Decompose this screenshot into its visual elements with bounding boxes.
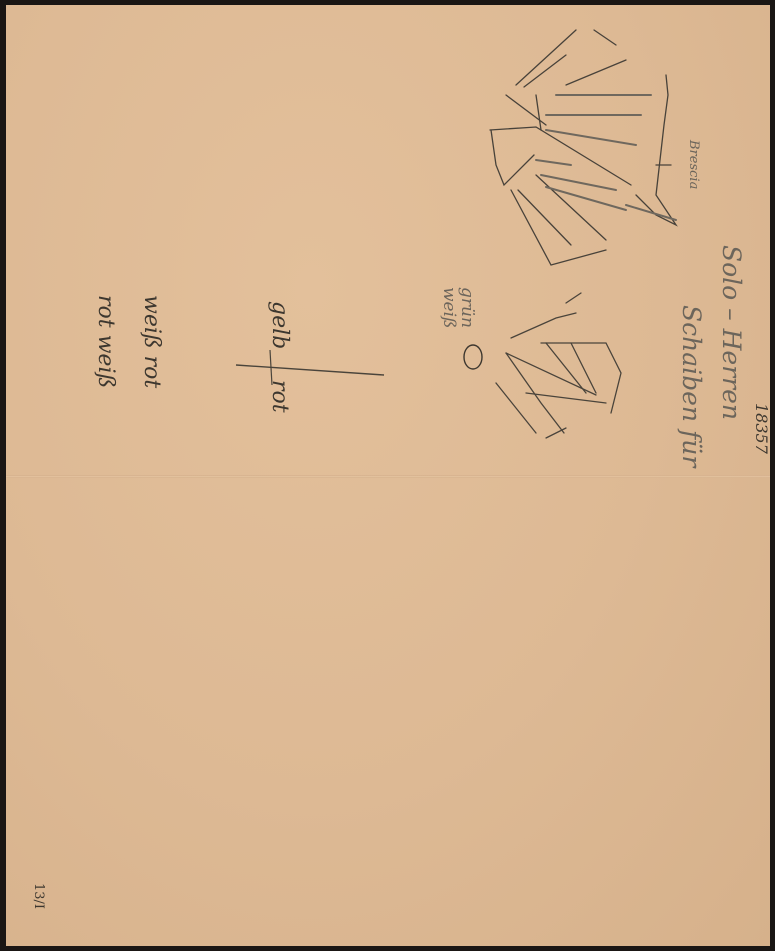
- label-brescia: Brescia: [686, 140, 701, 189]
- sketch-label-gruen-weiss: grün weiß: [440, 287, 476, 328]
- costume-sketch-large: [476, 15, 706, 285]
- paper-sheet: rot weiß weiß rot gelb rot grün weiß: [6, 5, 770, 946]
- label-gruen: grün: [458, 287, 476, 328]
- note-weiss-rot: weiß rot: [139, 295, 164, 388]
- page-marker: 13/I: [31, 883, 46, 909]
- note-gelb: gelb: [267, 301, 292, 349]
- label-weiss: weiß: [440, 287, 458, 328]
- inventory-number: 18357: [752, 403, 771, 454]
- caption-line1: Schaiben für: [677, 305, 706, 467]
- note-rot-weiss: rot weiß: [93, 295, 118, 388]
- fold-line: [6, 475, 770, 478]
- divider-stroke: [234, 345, 394, 385]
- caption-line2: Solo – Herren: [717, 245, 746, 420]
